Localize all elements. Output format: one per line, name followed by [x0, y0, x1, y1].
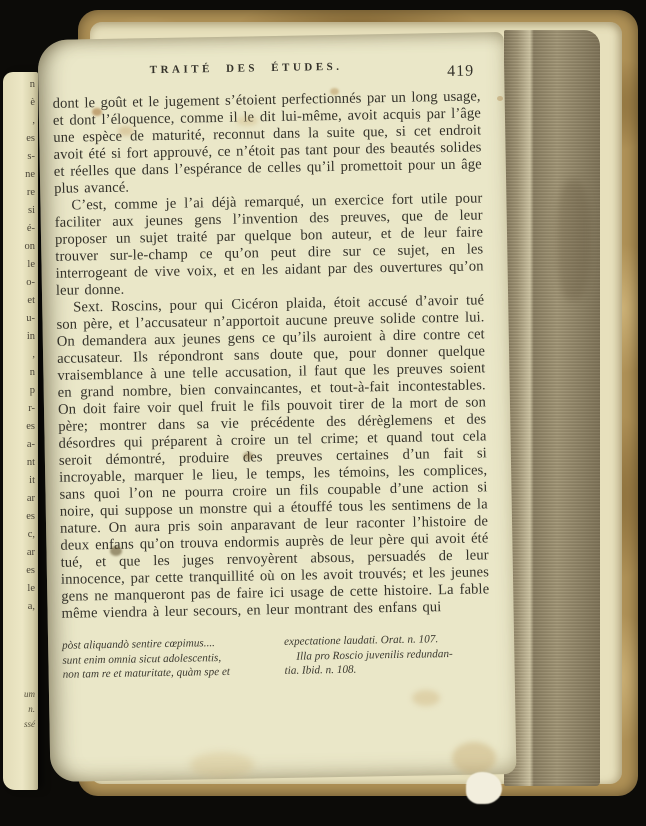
footnotes: pòst aliquandò sentire cœpimus.... sunt …: [62, 631, 491, 682]
book-photo-scene: n è , es s- ne re si é- on le o- et u- i…: [0, 0, 646, 826]
page-number: 419: [447, 63, 474, 81]
body-text: dont le goût et le jugement s’étoient pe…: [53, 88, 490, 622]
running-title: TRAITÉ DES ÉTUDES.: [52, 58, 480, 77]
paragraph: dont le goût et le jugement s’étoient pe…: [53, 88, 483, 197]
footnote-column-left: pòst aliquandò sentire cœpimus.... sunt …: [62, 635, 269, 682]
fore-edge-pages: [504, 30, 600, 786]
paragraph: Sext. Roscins, pour qui Cicéron plaida, …: [56, 292, 490, 622]
footnote-line: tia. Ibid. n. 108.: [284, 661, 490, 679]
page-content: TRAITÉ DES ÉTUDES. 419 dont le goût et l…: [52, 58, 491, 682]
paragraph: C’est, comme je l’ai déjà remarqué, un e…: [54, 190, 484, 299]
book-page: TRAITÉ DES ÉTUDES. 419 dont le goût et l…: [38, 32, 517, 782]
footnote-column-right: expectatione laudati. Orat. n. 107. Illa…: [284, 631, 491, 678]
footnote-line: non tam re et maturitate, quàm spe et: [63, 664, 269, 682]
running-head: TRAITÉ DES ÉTUDES. 419: [52, 58, 480, 87]
facing-page-text-fragments: n è , es s- ne re si é- on le o- et u- i…: [5, 76, 35, 616]
facing-page-footnote-fragments: um n. ssé: [5, 687, 35, 732]
facing-page-sliver: n è , es s- ne re si é- on le o- et u- i…: [3, 72, 38, 790]
fore-edge-stain: [556, 180, 590, 300]
